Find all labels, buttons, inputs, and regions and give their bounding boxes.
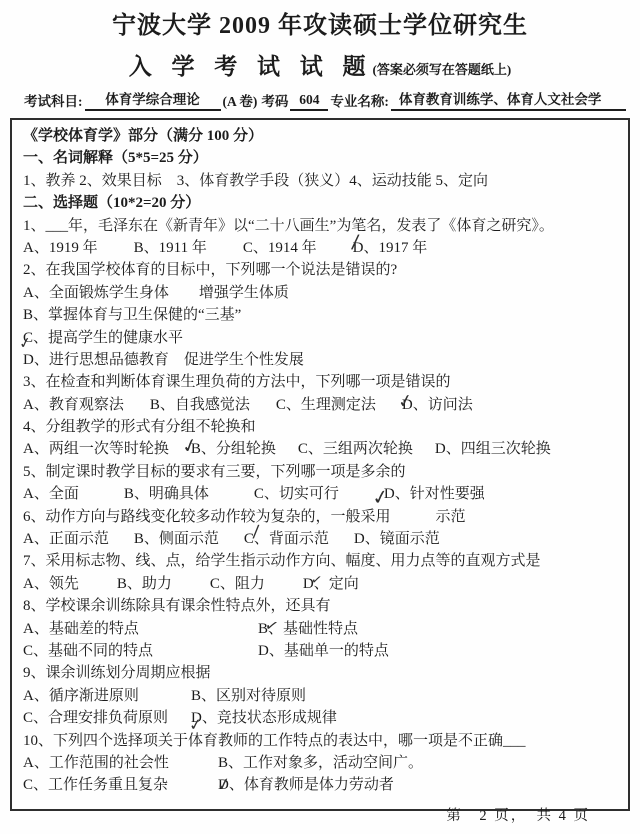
options-row: C、合理安排负荷原则 D、竞技状态形成规律✓ [23, 707, 620, 729]
option-c: C、基础不同的特点 [23, 640, 258, 662]
option-key: A、 [23, 531, 49, 547]
option-row-d: D、进行思想品德教育 促进学生个性发展 [23, 349, 620, 371]
question-stem: 5、制定课时教学目标的要求有三要，下列哪一项是多余的 [23, 461, 620, 483]
page-number: 第 2 页， 共 4 页 [446, 804, 590, 825]
option-text: 竞技状态形成规律 [217, 710, 337, 726]
option-text: 基础单一的特点 [284, 643, 389, 659]
option-c: C、切实可行 [254, 483, 339, 505]
option-a: A、基础差的特点 [23, 618, 258, 640]
option-b: B、掌握体育与卫生保健的“三基” [23, 304, 241, 326]
option-b: B、分组轮换✓ [191, 438, 276, 460]
question-3: 3、在检查和判断体育课生理负荷的方法中，下列哪一项是错误的 A、教育观察法 B、… [23, 371, 620, 416]
option-key: A、 [23, 441, 49, 457]
option-text: 工作对象多，活动空间广。 [243, 755, 423, 771]
option-key: B、 [117, 576, 142, 592]
option-key: A、 [23, 285, 49, 301]
option-key: C、 [23, 777, 48, 793]
option-text: 工作范围的社会性 [49, 755, 169, 771]
option-d: D、竞技状态形成规律✓ [191, 707, 337, 729]
option-d: D、进行思想品德教育 促进学生个性发展 [23, 349, 304, 371]
option-b: B、工作对象多，活动空间广。 [218, 752, 423, 774]
option-text: 全面 [49, 486, 79, 502]
question-stem: 9、课余训练划分周期应根据 [23, 662, 620, 684]
option-key: B、 [124, 486, 149, 502]
option-text: 镜面示范 [380, 531, 440, 547]
question-7: 7、采用标志物、线、点，给学生指示动作方向、幅度、用力点等的直观方式是 A、领先… [23, 550, 620, 595]
options-row: A、全面 B、明确具体 C、切实可行 D、针对性要强✓ [23, 483, 620, 505]
option-text: 循序渐进原则 [49, 688, 139, 704]
option-d: D、针对性要强✓ [384, 483, 485, 505]
question-stem: 2、在我国学校体育的目标中，下列哪一个说法是错误的? [23, 259, 620, 281]
code-label: 考码 [259, 92, 290, 111]
option-key: D、 [354, 531, 380, 547]
option-text: 掌握体育与卫生保健的“三基” [48, 307, 241, 323]
option-c: C、合理安排负荷原则 [23, 707, 191, 729]
meta-row: 考试科目: 体育学综合理论 (A 卷) 考码 604 专业名称: 体育教育训练学… [22, 90, 626, 111]
option-d: D、基础单一的特点 [258, 640, 389, 662]
option-c: C、三组两次轮换 [298, 438, 413, 460]
option-b: B、1911 年 [134, 237, 207, 259]
option-a: A、正面示范 [23, 528, 109, 550]
option-text: 基础不同的特点 [48, 643, 153, 659]
option-key: C、 [23, 710, 48, 726]
options-row: A、1919 年 B、1911 年 C、1914 年 D、1917 年∕ [23, 237, 620, 259]
option-b: B、明确具体 [124, 483, 209, 505]
options-row: C、基础不同的特点 D、基础单一的特点 [23, 640, 620, 662]
option-text: 领先 [49, 576, 79, 592]
option-key: C、 [254, 486, 279, 502]
option-text: 三组两次轮换 [323, 441, 413, 457]
option-text: 合理安排负荷原则 [48, 710, 168, 726]
option-d: D、体育教师是体力劳动者✓ [218, 774, 394, 796]
subject-label: 考试科目: [22, 92, 85, 111]
options-row: A、工作范围的社会性 B、工作对象多，活动空间广。 [23, 752, 620, 774]
part1-heading: 一、名词解释（5*5=25 分） [23, 147, 620, 169]
option-text: 侧面示范 [159, 531, 219, 547]
option-b: B、自我感觉法 [150, 394, 250, 416]
option-key: D、 [353, 240, 379, 256]
option-c: C、背面示范∕ [244, 528, 329, 550]
option-row-a: A、全面锻炼学生身体 增强学生体质 [23, 282, 620, 304]
option-text: 工作任务重且复杂 [48, 777, 168, 793]
option-text: 自我感觉法 [175, 397, 250, 413]
question-4: 4、分组教学的形式有分组不轮换和 A、两组一次等时轮换 B、分组轮换✓ C、三组… [23, 416, 620, 461]
options-row: A、教育观察法 B、自我感觉法 C、生理测定法 D、访问法✓ [23, 394, 620, 416]
option-text: 1917 年 [378, 240, 427, 256]
option-key: C、 [23, 330, 48, 346]
option-row-c: C、提高学生的健康水平✓ [23, 327, 620, 349]
option-text: 四组三次轮换 [461, 441, 551, 457]
option-key: D、 [402, 397, 428, 413]
question-2: 2、在我国学校体育的目标中，下列哪一个说法是错误的? A、全面锻炼学生身体 增强… [23, 259, 620, 371]
exam-page: 宁波大学 2009 年攻读硕士学位研究生 入 学 考 试 试 题(答案必须写在答… [0, 0, 640, 834]
part1-items: 1、教养 2、效果目标 3、体育教学手段（狭义）4、运动技能 5、定向 [23, 170, 620, 192]
option-d: D、定向✓ [303, 573, 359, 595]
option-a: A、领先 [23, 573, 79, 595]
option-key: C、 [276, 397, 301, 413]
option-c: C、提高学生的健康水平✓ [23, 327, 183, 349]
options-row: A、循序渐进原则 B、区别对待原则 [23, 685, 620, 707]
option-a: A、循序渐进原则 [23, 685, 191, 707]
option-key: A、 [23, 397, 49, 413]
question-stem: 6、动作方向与路线变化较多动作较为复杂的，一般采用 示范 [23, 506, 620, 528]
option-key: B、 [218, 755, 243, 771]
option-d: D、四组三次轮换 [435, 438, 551, 460]
option-b: B、基础性特点✓ [258, 618, 358, 640]
question-6: 6、动作方向与路线变化较多动作较为复杂的，一般采用 示范 A、正面示范 B、侧面… [23, 506, 620, 551]
option-key: B、 [134, 240, 159, 256]
part2-heading: 二、选择题（10*2=20 分） [23, 192, 620, 214]
question-stem: 1、___年，毛泽东在《新青年》以“二十八画生”为笔名，发表了《体育之研究》。 [23, 215, 620, 237]
option-a: A、教育观察法 [23, 394, 124, 416]
option-row-b: B、掌握体育与卫生保健的“三基” [23, 304, 620, 326]
option-text: 教育观察法 [49, 397, 124, 413]
option-d: D、镜面示范 [354, 528, 440, 550]
option-key: B、 [134, 531, 159, 547]
options-row: A、正面示范 B、侧面示范 C、背面示范∕ D、镜面示范 [23, 528, 620, 550]
options-row: A、两组一次等时轮换 B、分组轮换✓ C、三组两次轮换 D、四组三次轮换 [23, 438, 620, 460]
option-text: 明确具体 [149, 486, 209, 502]
section-title: 《学校体育学》部分（满分 100 分） [23, 125, 620, 147]
question-9: 9、课余训练划分周期应根据 A、循序渐进原则 B、区别对待原则 C、合理安排负荷… [23, 662, 620, 729]
option-a: A、全面 [23, 483, 79, 505]
question-10: 10、下列四个选择项关于体育教师的工作特点的表达中，哪一项是不正确___ A、工… [23, 730, 620, 797]
options-row: A、基础差的特点 B、基础性特点✓ [23, 618, 620, 640]
option-text: 两组一次等时轮换 [49, 441, 169, 457]
exam-title-note: (答案必须写在答题纸上) [373, 62, 512, 77]
question-5: 5、制定课时教学目标的要求有三要，下列哪一项是多余的 A、全面 B、明确具体 C… [23, 461, 620, 506]
paper-type: (A 卷) [221, 92, 260, 111]
option-text: 定向 [329, 576, 359, 592]
option-key: C、 [23, 643, 48, 659]
options-row: A、领先 B、助力 C、阻力 D、定向✓ [23, 573, 620, 595]
option-key: A、 [23, 240, 49, 256]
major-value: 体育教育训练学、体育人文社会学 [391, 90, 626, 111]
exam-title: 入 学 考 试 试 题 [129, 54, 373, 79]
option-key: A、 [23, 576, 49, 592]
major-label: 专业名称: [328, 92, 391, 111]
option-key: A、 [23, 621, 49, 637]
option-text: 生理测定法 [301, 397, 376, 413]
option-b: B、侧面示范 [134, 528, 219, 550]
option-key: D、 [258, 643, 284, 659]
option-text: 阻力 [235, 576, 265, 592]
option-text: 基础性特点 [283, 621, 358, 637]
question-8: 8、学校课余训练除具有课余性特点外，还具有 A、基础差的特点 B、基础性特点✓ … [23, 595, 620, 662]
option-text: 分组轮换 [216, 441, 276, 457]
option-text: 体育教师是体力劳动者 [244, 777, 394, 793]
option-key: D、 [435, 441, 461, 457]
question-stem: 8、学校课余训练除具有课余性特点外，还具有 [23, 595, 620, 617]
option-key: B、 [191, 688, 216, 704]
option-a: A、工作范围的社会性 [23, 752, 218, 774]
question-stem: 3、在检查和判断体育课生理负荷的方法中，下列哪一项是错误的 [23, 371, 620, 393]
option-text: 1919 年 [49, 240, 98, 256]
option-key: B、 [23, 307, 48, 323]
option-c: C、生理测定法 [276, 394, 376, 416]
option-text: 进行思想品德教育 促进学生个性发展 [49, 352, 304, 368]
option-key: D、 [218, 777, 244, 793]
option-key: D、 [303, 576, 329, 592]
question-1: 1、___年，毛泽东在《新青年》以“二十八画生”为笔名，发表了《体育之研究》。 … [23, 215, 620, 260]
option-text: 提高学生的健康水平 [48, 330, 183, 346]
option-key: C、 [244, 531, 269, 547]
option-key: A、 [23, 755, 49, 771]
option-text: 访问法 [428, 397, 473, 413]
option-a: A、1919 年 [23, 237, 98, 259]
option-key: B、 [258, 621, 283, 637]
option-a: A、两组一次等时轮换 [23, 438, 169, 460]
option-a: A、全面锻炼学生身体 增强学生体质 [23, 282, 289, 304]
option-key: C、 [210, 576, 235, 592]
option-key: A、 [23, 486, 49, 502]
option-key: C、 [243, 240, 268, 256]
option-key: D、 [191, 710, 217, 726]
option-text: 助力 [142, 576, 172, 592]
question-stem: 7、采用标志物、线、点，给学生指示动作方向、幅度、用力点等的直观方式是 [23, 550, 620, 572]
question-stem: 10、下列四个选择项关于体育教师的工作特点的表达中，哪一项是不正确___ [23, 730, 620, 752]
option-key: B、 [150, 397, 175, 413]
option-text: 切实可行 [279, 486, 339, 502]
option-c: C、工作任务重且复杂 [23, 774, 218, 796]
options-row: C、工作任务重且复杂 D、体育教师是体力劳动者✓ [23, 774, 620, 796]
option-text: 区别对待原则 [216, 688, 306, 704]
option-key: A、 [23, 688, 49, 704]
option-key: D、 [23, 352, 49, 368]
option-text: 1914 年 [268, 240, 317, 256]
option-text: 针对性要强 [410, 486, 485, 502]
option-text: 背面示范 [269, 531, 329, 547]
option-text: 全面锻炼学生身体 增强学生体质 [49, 285, 289, 301]
option-c: C、阻力 [210, 573, 265, 595]
code-value: 604 [290, 90, 328, 111]
option-d: D、1917 年∕ [353, 237, 428, 259]
university-title: 宁波大学 2009 年攻读硕士学位研究生 [0, 0, 640, 41]
subject-value: 体育学综合理论 [85, 90, 221, 111]
option-c: C、1914 年 [243, 237, 317, 259]
option-key: B、 [191, 441, 216, 457]
option-text: 正面示范 [49, 531, 109, 547]
exam-title-row: 入 学 考 试 试 题(答案必须写在答题纸上) [0, 52, 640, 85]
option-key: C、 [298, 441, 323, 457]
option-d: D、访问法✓ [402, 394, 473, 416]
option-text: 基础差的特点 [49, 621, 139, 637]
question-stem: 4、分组教学的形式有分组不轮换和 [23, 416, 620, 438]
option-key: D、 [384, 486, 410, 502]
option-b: B、助力 [117, 573, 172, 595]
option-b: B、区别对待原则 [191, 685, 306, 707]
exam-body-box: 《学校体育学》部分（满分 100 分） 一、名词解释（5*5=25 分） 1、教… [10, 118, 630, 811]
option-text: 1911 年 [159, 240, 207, 256]
